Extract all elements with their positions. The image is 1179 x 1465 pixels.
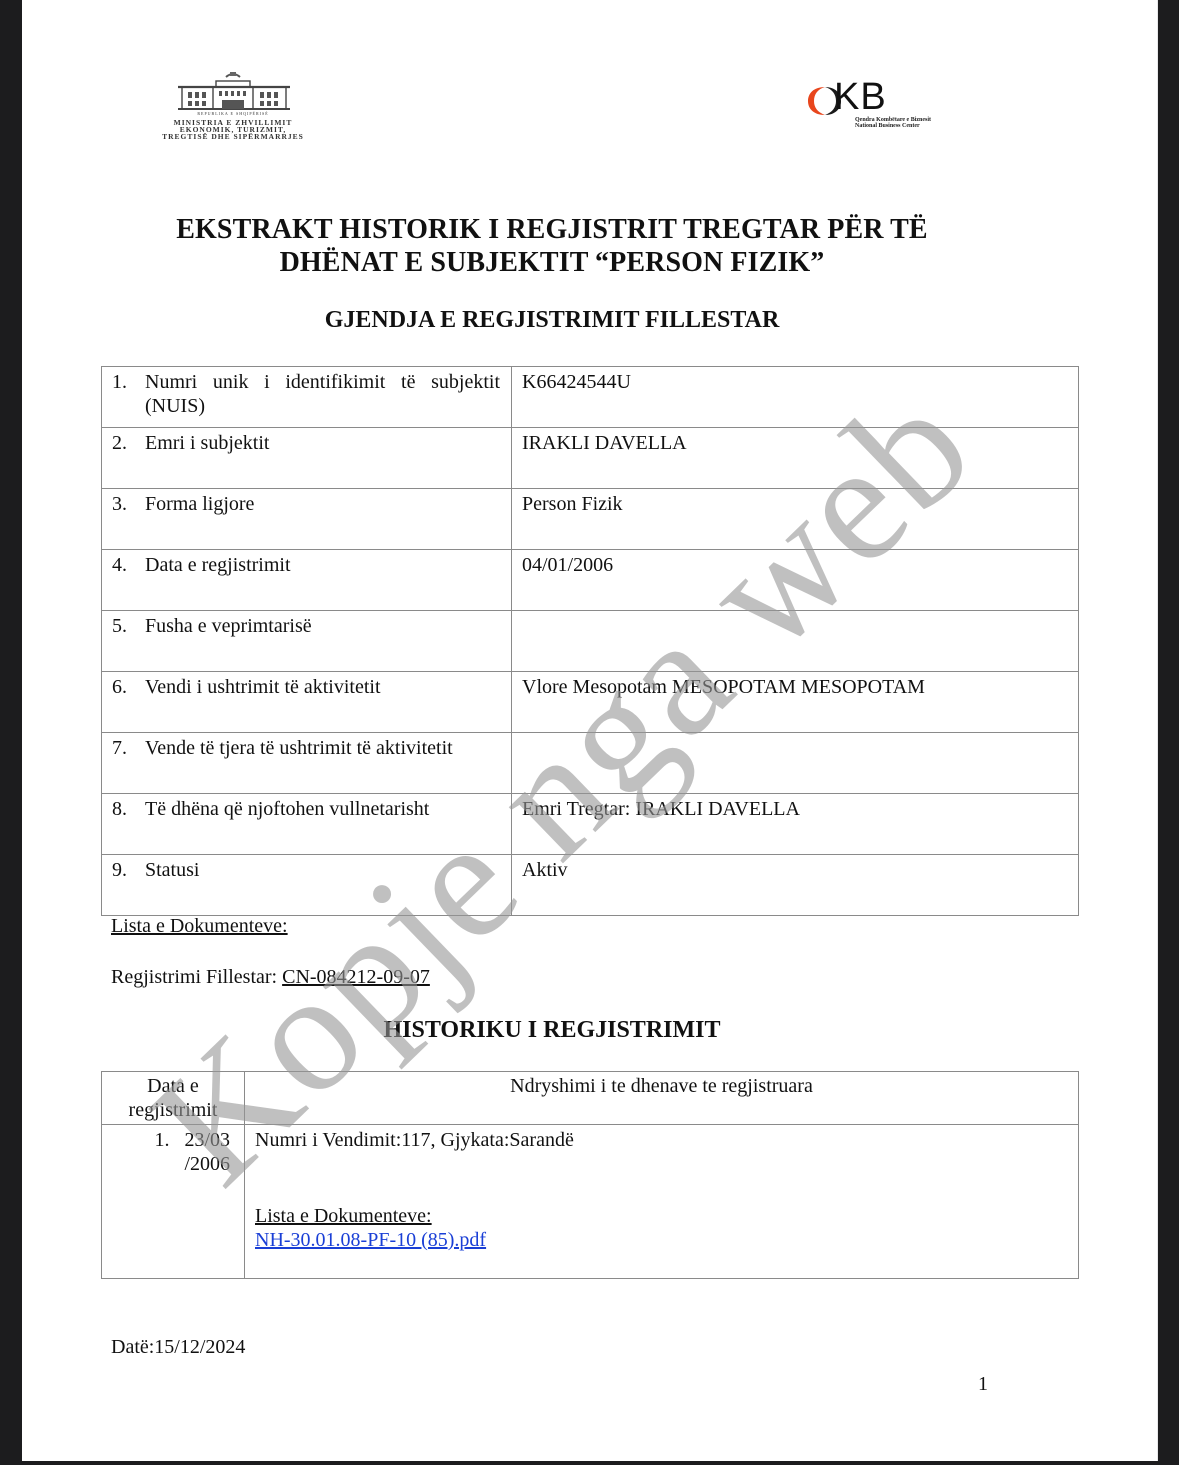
table-row: 6.Vendi i ushtrimit të aktivitetitVlore …	[102, 672, 1079, 733]
okb-letters: KB	[834, 78, 887, 116]
documents-list-label: Lista e Dokumenteve:	[111, 915, 288, 938]
table-row: 3.Forma ligjorePerson Fizik	[102, 489, 1079, 550]
field-label-cell: 8.Të dhëna që njoftohen vullnetarisht	[102, 794, 512, 855]
registration-history-table: Data e regjistrimit Ndryshimi i te dhena…	[101, 1071, 1079, 1279]
field-label-cell: 1.Numri unik i identifikimit të subjekti…	[102, 367, 512, 428]
initial-registration-code: CN-084212-09-07	[282, 966, 430, 988]
table-row: 8.Të dhëna që njoftohen vullnetarishtEmr…	[102, 794, 1079, 855]
footer-date: Datë:15/12/2024	[111, 1336, 245, 1359]
field-label: Vende të tjera të ushtrimit të aktivitet…	[145, 736, 500, 760]
history-date-cell: 1. 23/03 /2006	[102, 1125, 245, 1279]
history-document-link[interactable]: NH-30.01.08-PF-10 (85).pdf	[255, 1229, 486, 1251]
table-row: 9.StatusiAktiv	[102, 855, 1079, 916]
field-value: K66424544U	[512, 367, 1079, 428]
history-change-text: Numri i Vendimit:117, Gjykata:Sarandë	[255, 1128, 1068, 1152]
field-label: Forma ligjore	[145, 492, 500, 516]
document-title-line1: EKSTRAKT HISTORIK I REGJISTRIT TREGTAR P…	[102, 214, 1002, 246]
history-date-part1: 23/03	[184, 1129, 230, 1151]
field-label: Emri i subjektit	[145, 431, 500, 455]
field-value: IRAKLI DAVELLA	[512, 428, 1079, 489]
field-label-cell: 5.Fusha e veprimtarisë	[102, 611, 512, 672]
history-change-cell: Numri i Vendimit:117, Gjykata:Sarandë Li…	[245, 1125, 1079, 1279]
initial-registration-line: Regjistrimi Fillestar: CN-084212-09-07	[111, 966, 430, 989]
government-building-icon	[138, 70, 328, 116]
table-row: 5.Fusha e veprimtarisë	[102, 611, 1079, 672]
field-label: Fusha e veprimtarisë	[145, 614, 500, 638]
history-header-row: Data e regjistrimit Ndryshimi i te dhena…	[102, 1072, 1079, 1125]
field-number: 1.	[112, 370, 145, 394]
document-page: REPUBLIKA E SHQIPËRISË MINISTRIA E ZHVIL…	[22, 0, 1157, 1461]
field-label: Vendi i ushtrimit të aktivitetit	[145, 675, 500, 699]
field-label: Data e regjistrimit	[145, 553, 500, 577]
field-number: 9.	[112, 858, 145, 882]
field-number: 7.	[112, 736, 145, 760]
table-row: 2.Emri i subjektitIRAKLI DAVELLA	[102, 428, 1079, 489]
table-row: 4.Data e regjistrimit04/01/2006	[102, 550, 1079, 611]
field-value: Vlore Mesopotam MESOPOTAM MESOPOTAM	[512, 672, 1079, 733]
field-value: Emri Tregtar: IRAKLI DAVELLA	[512, 794, 1079, 855]
okb-logo: KB Qendra Kombëtare e Biznesit National …	[807, 82, 977, 132]
field-label-cell: 6.Vendi i ushtrimit të aktivitetit	[102, 672, 512, 733]
history-date-part2: /2006	[184, 1153, 230, 1175]
field-label-cell: 3.Forma ligjore	[102, 489, 512, 550]
section-title-initial-registration: GJENDJA E REGJISTRIMIT FILLESTAR	[102, 307, 1002, 334]
field-value	[512, 611, 1079, 672]
ministry-name-line3: TREGTISË DHE SIPËRMARRJES	[138, 133, 328, 141]
viewer-bottom-edge	[0, 1461, 1179, 1465]
field-label-cell: 9.Statusi	[102, 855, 512, 916]
section-title-history: HISTORIKU I REGJISTRIMIT	[102, 1017, 1002, 1044]
field-number: 4.	[112, 553, 145, 577]
ministry-logo: REPUBLIKA E SHQIPËRISË MINISTRIA E ZHVIL…	[138, 70, 328, 142]
field-number: 3.	[112, 492, 145, 516]
field-value	[512, 733, 1079, 794]
field-value: Aktiv	[512, 855, 1079, 916]
okb-subtitle-en: National Business Center	[855, 123, 920, 129]
field-value: Person Fizik	[512, 489, 1079, 550]
field-label: Numri unik i identifikimit të subjektit …	[145, 370, 500, 418]
history-header-change: Ndryshimi i te dhenave te regjistruara	[245, 1072, 1079, 1125]
field-label-cell: 7.Vende të tjera të ushtrimit të aktivit…	[102, 733, 512, 794]
document-title-line2: DHËNAT E SUBJEKTIT “PERSON FIZIK”	[102, 247, 1002, 279]
field-label-cell: 2.Emri i subjektit	[102, 428, 512, 489]
table-row: 1.Numri unik i identifikimit të subjekti…	[102, 367, 1079, 428]
page-number: 1	[978, 1373, 988, 1396]
field-number: 2.	[112, 431, 145, 455]
initial-registration-table: 1.Numri unik i identifikimit të subjekti…	[101, 366, 1079, 916]
field-value: 04/01/2006	[512, 550, 1079, 611]
field-number: 8.	[112, 797, 145, 821]
field-label: Statusi	[145, 858, 500, 882]
initial-registration-label: Regjistrimi Fillestar:	[111, 966, 277, 988]
ministry-republic-line: REPUBLIKA E SHQIPËRISË	[138, 112, 328, 116]
history-documents-label: Lista e Dokumenteve:	[255, 1204, 1068, 1228]
history-row-number: 1.	[154, 1129, 169, 1151]
history-header-date: Data e regjistrimit	[102, 1072, 245, 1125]
table-row: 1. 23/03 /2006 Numri i Vendimit:117, Gjy…	[102, 1125, 1079, 1279]
field-label: Të dhëna që njoftohen vullnetarisht	[145, 797, 500, 821]
field-number: 6.	[112, 675, 145, 699]
field-number: 5.	[112, 614, 145, 638]
table-row: 7.Vende të tjera të ushtrimit të aktivit…	[102, 733, 1079, 794]
field-label-cell: 4.Data e regjistrimit	[102, 550, 512, 611]
